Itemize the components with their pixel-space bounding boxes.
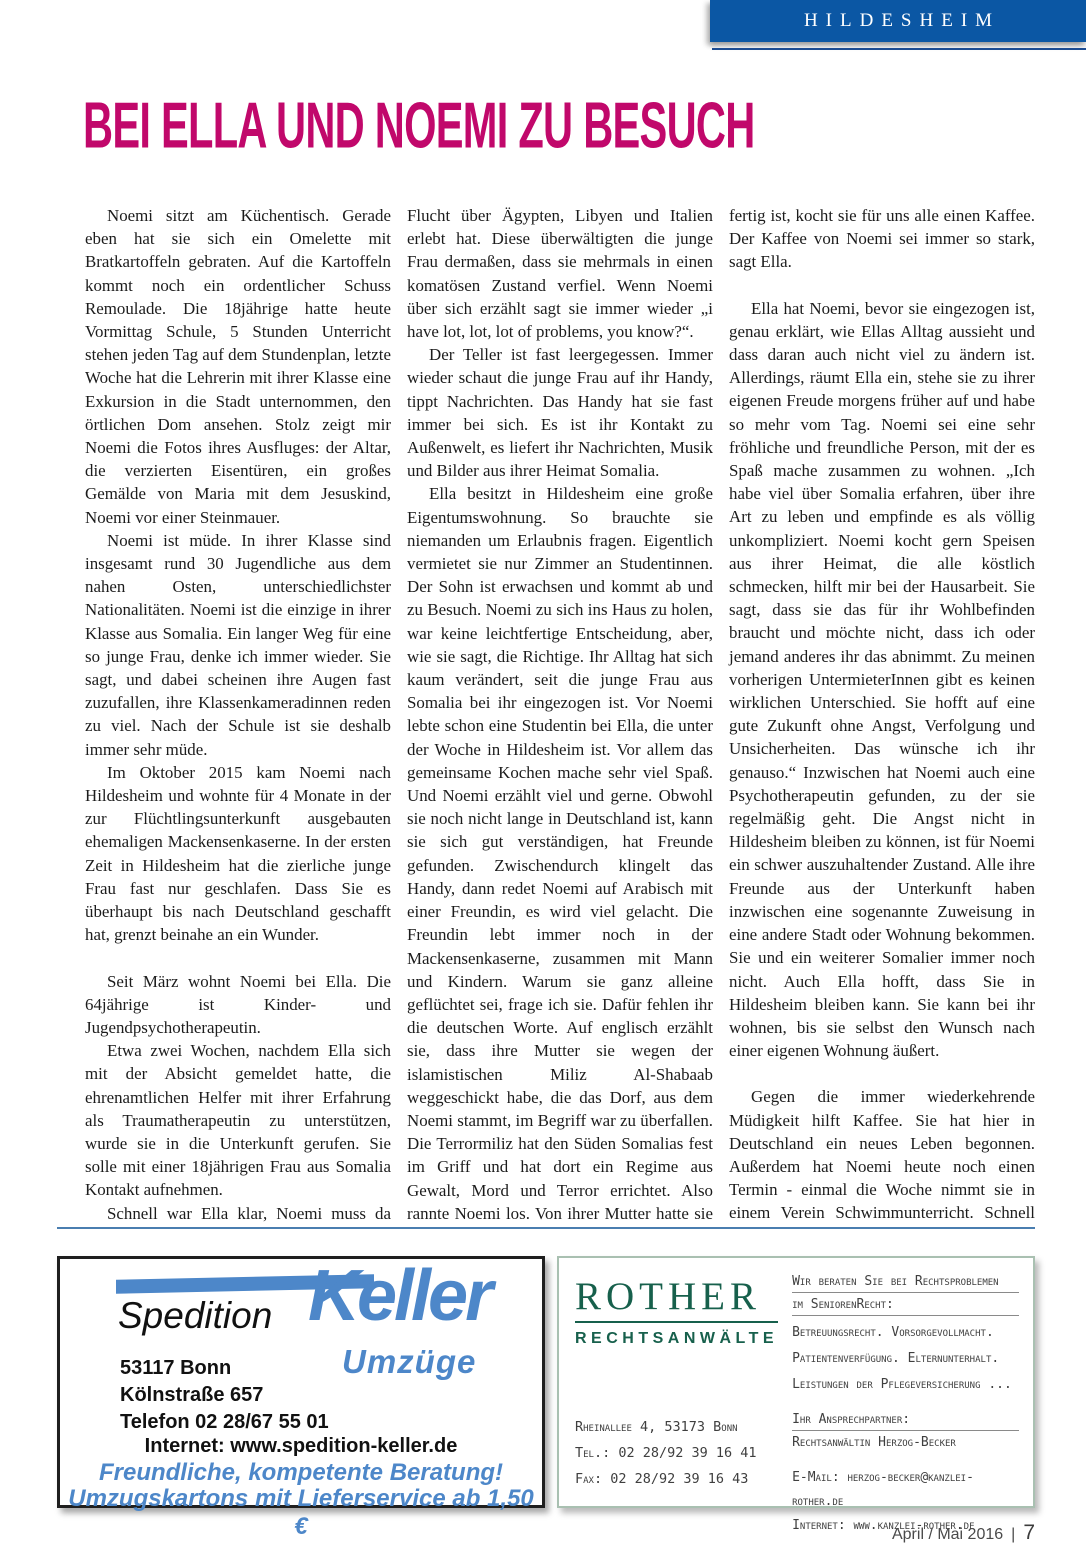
rother-contact-heading: Ihr Ansprechpartner: [792,1412,1019,1431]
article-title-wrap: BEI ELLA UND NOEMI ZU BESUCH [83,88,1003,154]
rother-email: E-Mail: herzog-becker@kanzlei-rother.de [792,1466,1019,1514]
section-banner: HILDESHEIM [710,0,1086,42]
rother-right-column: Wir beraten Sie bei Rechtsproblemen im S… [792,1274,1019,1492]
paragraph: Etwa zwei Wochen, nachdem Ella sich mit … [85,1039,391,1201]
rother-service: Leistungen der Pflegeversicherung ... [792,1372,1019,1398]
keller-slogan-1: Freundliche, kompetente Beratung! [60,1459,542,1487]
section-title: HILDESHEIM [796,10,1000,32]
keller-address-line: Kölnstraße 657 [120,1382,329,1409]
article-title: BEI ELLA UND NOEMI ZU BESUCH [83,88,755,163]
rother-address-block: Rheinallee 4, 53173 Bonn Tel.: 02 28/92 … [575,1414,778,1492]
ad-rother-rechtsanwaelte: ROTHER RECHTSANWÄLTE Rheinallee 4, 53173… [557,1256,1035,1508]
article-column-3: fertig ist, kocht sie für uns alle einen… [729,204,1035,1222]
rother-service: Betreuungsrecht. Vorsorgevollmacht. [792,1320,1019,1346]
rother-intro-line-2: im SeniorenRecht: [792,1297,1019,1316]
rother-service: Patientenverfügung. Elternunterhalt. [792,1346,1019,1372]
rother-brand-name: ROTHER [575,1274,778,1323]
paragraph: Seit März wohnt Noemi bei Ella. Die 64jä… [85,970,391,1040]
footer-separator: | [1011,1526,1015,1544]
article-column-1: Noemi sitzt am Küchentisch. Gerade eben … [85,204,391,1222]
rother-tel: Tel.: 02 28/92 39 16 41 [575,1440,778,1466]
paragraph: Im Oktober 2015 kam Noemi nach Hildeshei… [85,761,391,947]
keller-address-line: 53117 Bonn [120,1355,329,1382]
paragraph: Ella besitzt in Hildesheim eine große Ei… [407,482,713,1222]
keller-website: Internet: www.spedition-keller.de [60,1435,542,1458]
keller-address-line: Telefon 02 28/67 55 01 [120,1409,329,1436]
ads-divider-rule [57,1227,1035,1229]
ad-spedition-keller: Spedition Keller Umzüge 53117 Bonn Kölns… [57,1256,545,1508]
paragraph: fertig ist, kocht sie für uns alle einen… [729,204,1035,274]
advertisement-row: Spedition Keller Umzüge 53117 Bonn Kölns… [57,1256,1035,1508]
paragraph: Noemi ist müde. In ihrer Klasse sind ins… [85,529,391,761]
paragraph: Flucht über Ägypten, Libyen und Italien … [407,204,713,343]
rother-brand-subtitle: RECHTSANWÄLTE [575,1330,778,1348]
rother-intro-line-1: Wir beraten Sie bei Rechtsproblemen [792,1274,1019,1293]
rother-address: Rheinallee 4, 53173 Bonn [575,1414,778,1440]
keller-brand-service: Umzüge [342,1343,476,1381]
paragraph: Schnell war Ella klar, Noemi muss da rau… [85,1202,391,1222]
paragraph: Der Teller ist fast leergegessen. Immer … [407,343,713,482]
keller-brand-name: Keller [308,1255,490,1337]
rother-contact-name: Rechtsanwältin Herzog-Becker [792,1435,1019,1450]
keller-brand-prefix: Spedition [118,1295,272,1337]
article-body: Noemi sitzt am Küchentisch. Gerade eben … [85,204,1035,1222]
rother-fax: Fax: 02 28/92 39 16 43 [575,1466,778,1492]
footer-page-number: 7 [1023,1521,1035,1545]
article-column-2: Flucht über Ägypten, Libyen und Italien … [407,204,713,1222]
keller-address-block: 53117 Bonn Kölnstraße 657 Telefon 02 28/… [120,1355,329,1436]
keller-slogan-2: Umzugskartons mit Lieferservice ab 1,50 … [60,1485,542,1541]
paragraph: Noemi sitzt am Küchentisch. Gerade eben … [85,204,391,529]
rother-left-column: ROTHER RECHTSANWÄLTE Rheinallee 4, 53173… [575,1274,778,1492]
banner-rule [712,48,1086,50]
paragraph: Ella hat Noemi, bevor sie eingezogen ist… [729,297,1035,1063]
footer-issue: April / Mai 2016 [892,1526,1003,1544]
page-footer: April / Mai 2016 | 7 [892,1521,1035,1545]
magazine-page: HILDESHEIM BEI ELLA UND NOEMI ZU BESUCH … [0,0,1086,1559]
paragraph: Gegen die immer wiederkehrende Müdigkeit… [729,1085,1035,1222]
